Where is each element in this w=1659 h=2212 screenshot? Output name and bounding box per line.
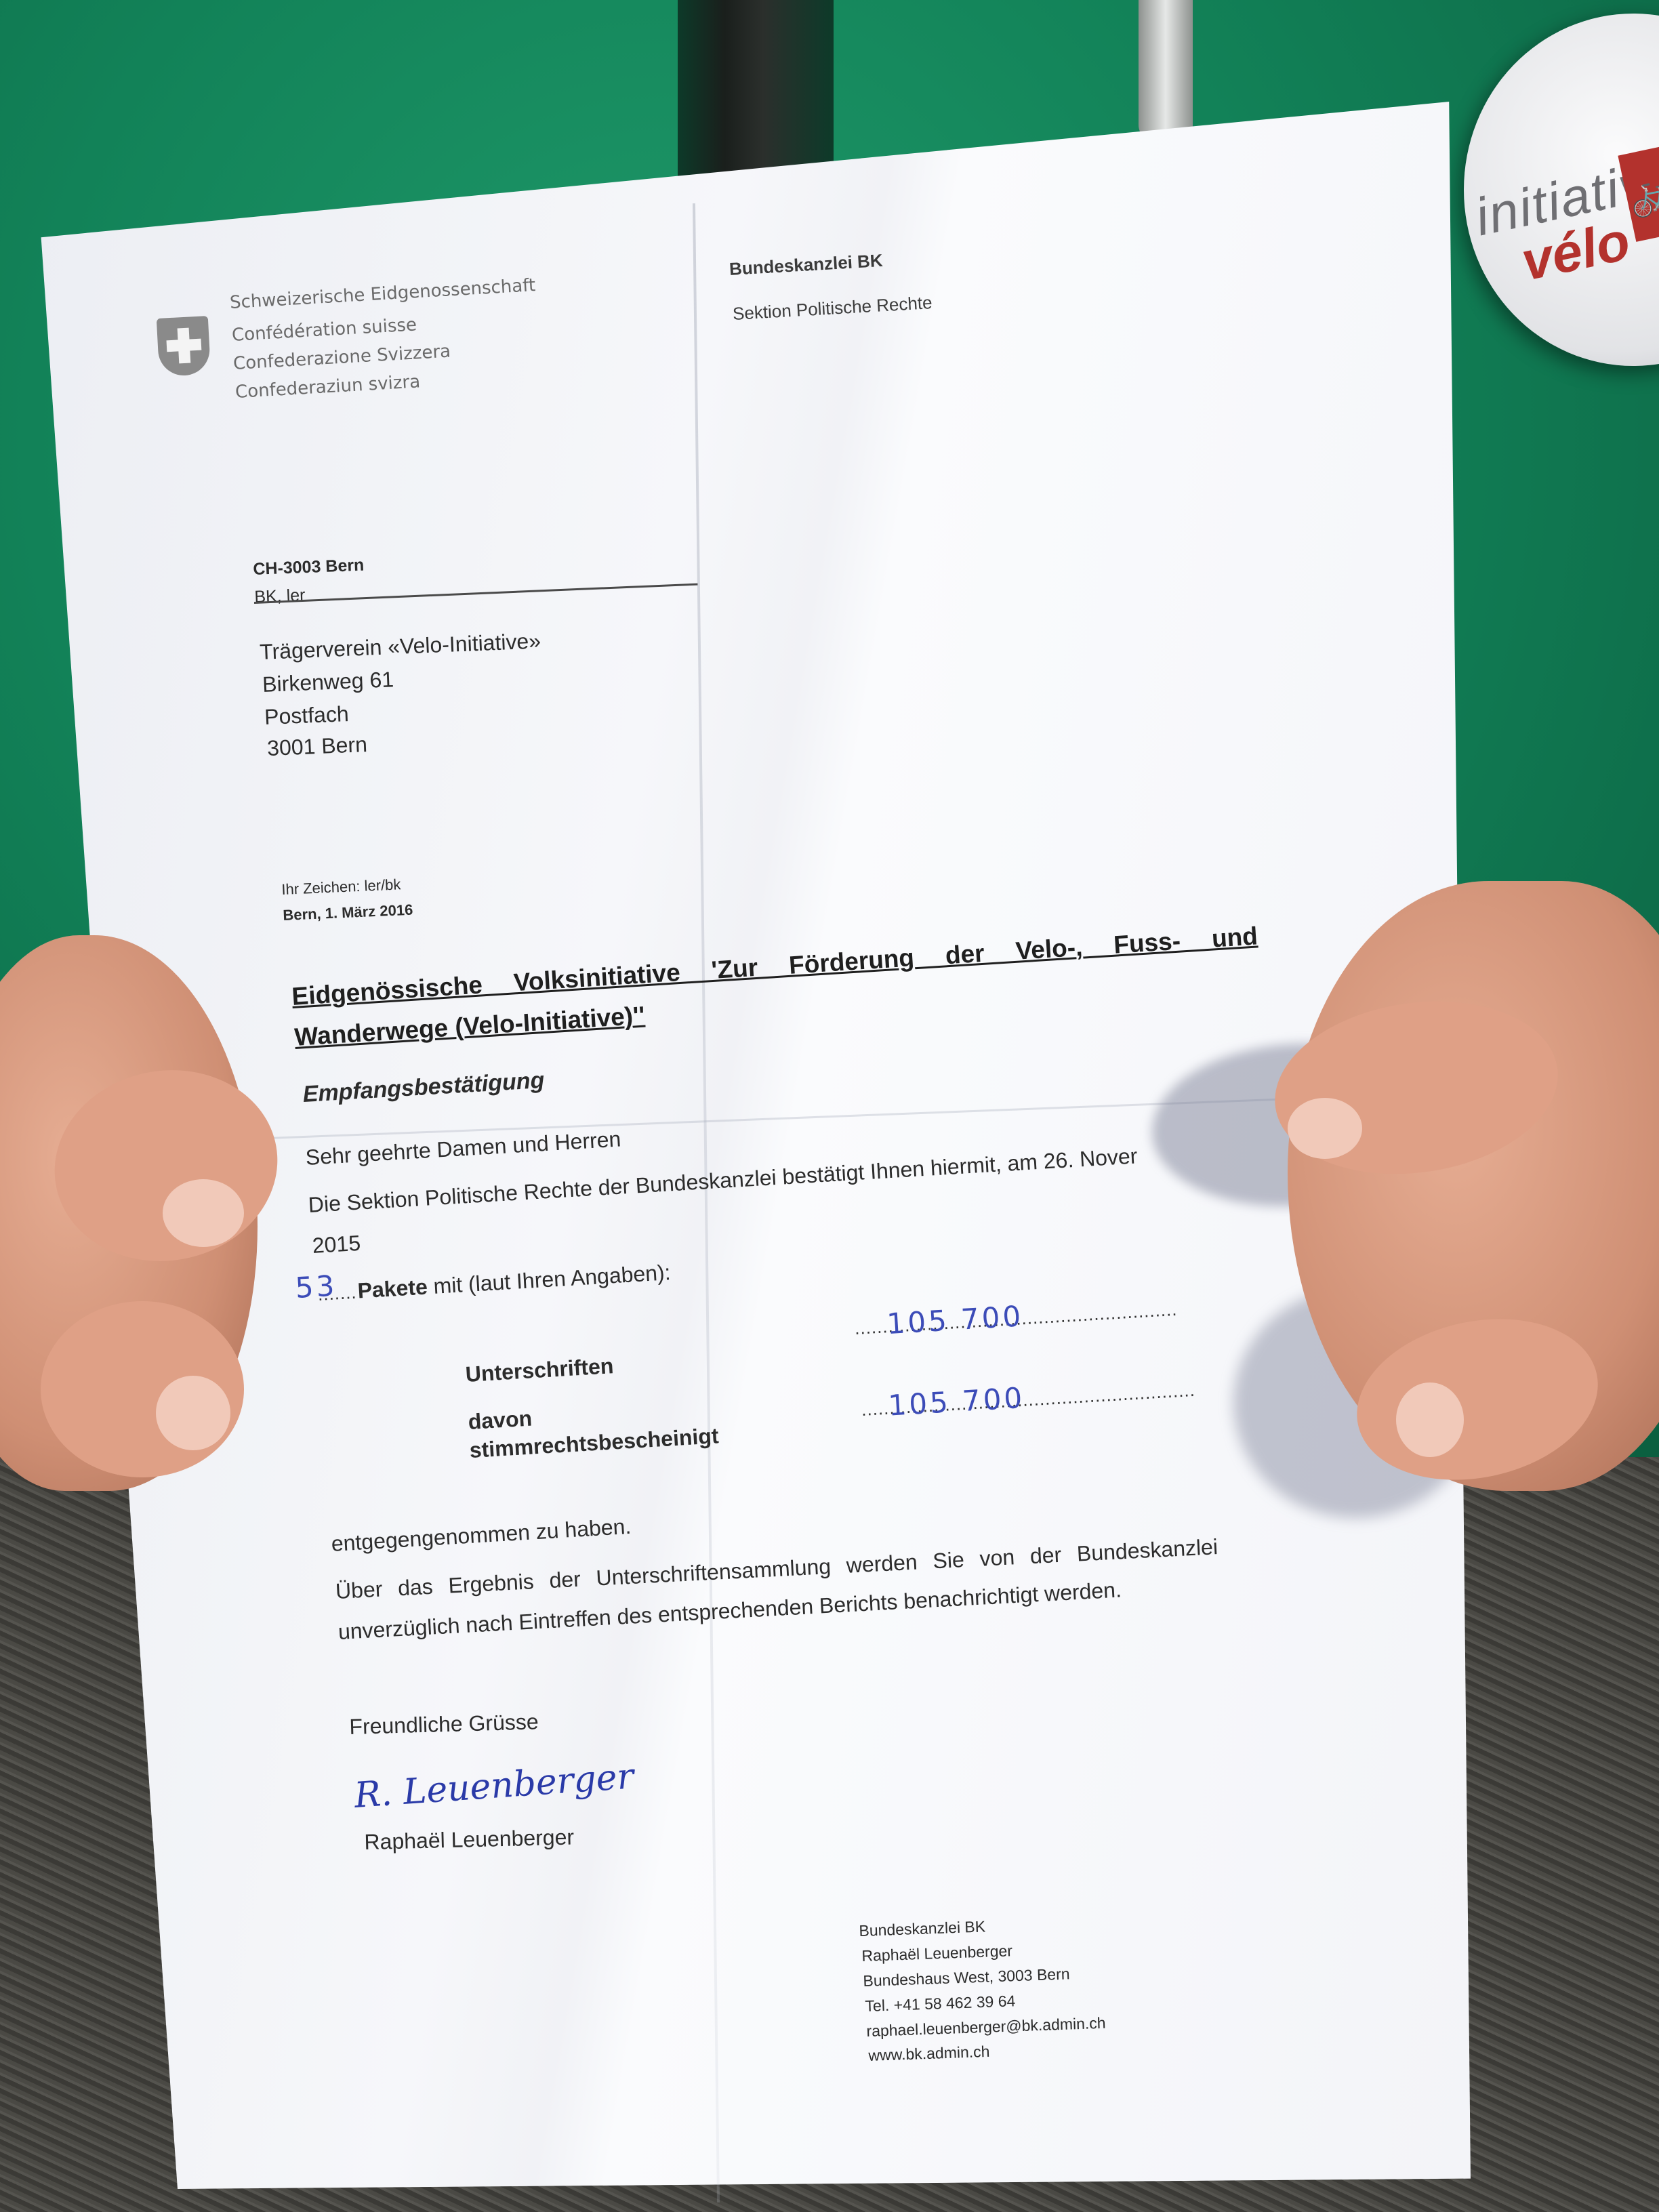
your-reference: Ihr Zeichen: ler/bk (281, 876, 401, 899)
packages-row: .......53Pakete mit (laut Ihren Angaben)… (316, 1253, 672, 1307)
packages-label: Pakete (357, 1274, 428, 1303)
contact-line: Raphaël Leuenberger (861, 1942, 1012, 1965)
sender-divider (254, 583, 698, 604)
confederation-de: Schweizerische Eidgenossenschaft (229, 275, 536, 313)
contact-phone: Tel. +41 58 462 39 64 (865, 1992, 1016, 2015)
contact-line: Bundeshaus West, 3003 Bern (863, 1965, 1070, 1990)
salutation: Sehr geehrte Damen und Herren (305, 1126, 621, 1170)
subject-line-2: Wanderwege (Velo-Initiative)'' (293, 1002, 645, 1052)
subject-line-1: Eidgenössische Volksinitiative 'Zur Förd… (291, 922, 1258, 1011)
place-date: Bern, 1. März 2016 (283, 901, 413, 924)
confederation-rm: Confederaziun svizra (234, 371, 421, 403)
packages-rest: mit (laut Ihren Angaben): (427, 1260, 672, 1298)
recipient-line: Birkenweg 61 (262, 667, 394, 697)
recipient-line: Postfach (264, 701, 350, 730)
document-title: Empfangsbestätigung (302, 1067, 546, 1108)
contact-email[interactable]: raphael.leuenberger@bk.admin.ch (866, 2014, 1106, 2041)
recipient-line: Trägerverein «Velo-Initiative» (260, 628, 541, 665)
closing-greeting: Freundliche Grüsse (349, 1709, 539, 1740)
fingernail (156, 1376, 230, 1450)
certified-field: 105 700 ................................… (861, 1376, 1196, 1421)
thumbnail (1288, 1098, 1362, 1159)
recipient-line: 3001 Bern (267, 732, 368, 761)
department-name: Bundeskanzlei BK (729, 250, 883, 280)
section-name: Sektion Politische Rechte (732, 292, 933, 325)
signatures-value: 105 700 (886, 1299, 1024, 1340)
confederation-fr: Confédération suisse (231, 314, 417, 346)
certified-label-1: davon (468, 1406, 533, 1435)
received-line: entgegengenommen zu haben. (331, 1514, 632, 1557)
contact-line: Bundeskanzlei BK (859, 1918, 986, 1940)
packages-count: 53 (294, 1269, 337, 1305)
certified-value: 105 700 (887, 1381, 1025, 1422)
sender-reference: BK, ler (254, 586, 306, 607)
signatures-label: Unterschriften (465, 1353, 615, 1387)
sender-postcode: CH-3003 Bern (253, 556, 365, 579)
intro-line-2: 2015 (312, 1231, 361, 1258)
signatures-field: 105 700 ................................… (854, 1296, 1178, 1340)
swiss-cross-shield-icon (157, 316, 211, 377)
thumbnail (163, 1179, 244, 1247)
handwritten-signature: R. Leuenberger (353, 1756, 635, 1816)
signatory-name: Raphaël Leuenberger (364, 1824, 574, 1855)
confederation-it: Confederazione Svizzera (232, 342, 451, 374)
contact-website[interactable]: www.bk.admin.ch (868, 2043, 990, 2065)
fingernail (1396, 1382, 1464, 1457)
